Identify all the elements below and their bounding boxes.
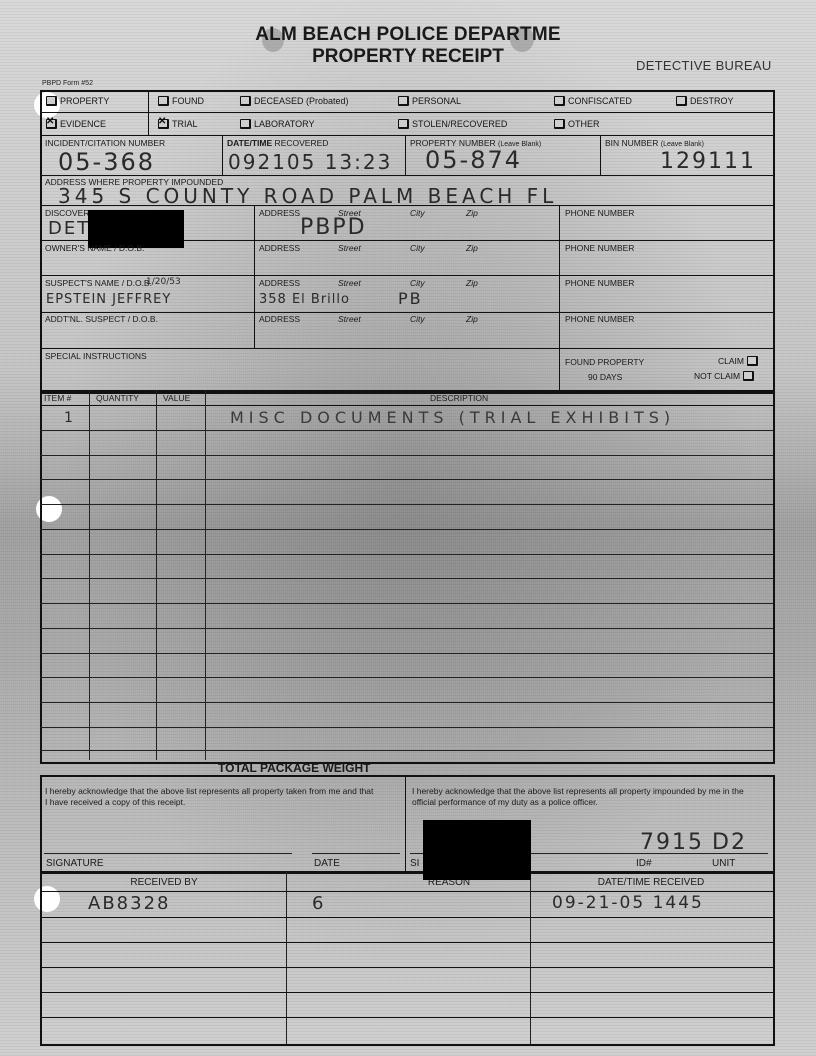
column-divider xyxy=(205,390,206,760)
signature-line xyxy=(44,853,292,854)
row-divider xyxy=(40,430,773,431)
row-divider xyxy=(40,992,773,993)
checkbox-label: NOT CLAIM xyxy=(694,371,740,381)
street-label: Street xyxy=(338,278,361,288)
owner-label: OWNER'S NAME / D.O.B. xyxy=(45,243,144,253)
total-package-weight-label: TOTAL PACKAGE WEIGHT xyxy=(218,761,370,775)
row-divider xyxy=(40,967,773,968)
phone-label: PHONE NUMBER xyxy=(565,278,634,288)
datetime-recovered-label: DATE/TIME RECOVERED xyxy=(227,138,328,148)
row-divider xyxy=(40,677,773,678)
checkbox-other[interactable]: OTHER xyxy=(554,119,600,129)
checkbox-label: EVIDENCE xyxy=(60,119,106,129)
divider xyxy=(222,135,223,175)
checkbox-confiscated[interactable]: CONFISCATED xyxy=(554,96,632,106)
bin-number-value[interactable]: 129111 xyxy=(660,149,756,174)
date-line xyxy=(312,853,400,854)
checkbox-label: DESTROY xyxy=(690,96,734,106)
checkbox-label: STOLEN/RECOVERED xyxy=(412,119,507,129)
row-divider xyxy=(40,479,773,480)
suspect-address[interactable]: 358 El Brillo xyxy=(259,292,350,307)
divider xyxy=(40,275,773,276)
checkbox-stolen-recovered[interactable]: STOLEN/RECOVERED xyxy=(398,119,507,129)
property-number-value[interactable]: 05-874 xyxy=(425,146,522,174)
zip-label: Zip xyxy=(466,243,478,253)
city-label: City xyxy=(410,314,425,324)
column-divider xyxy=(89,390,90,760)
items-table xyxy=(40,390,775,764)
column-header-quantity: QUANTITY xyxy=(96,393,139,403)
id-label: ID# xyxy=(636,858,652,869)
row-divider xyxy=(40,727,773,728)
found-property-label: FOUND PROPERTY xyxy=(565,357,644,367)
row-divider xyxy=(40,628,773,629)
address-label: ADDRESS xyxy=(259,278,300,288)
datetime-received-value[interactable]: 09-21-05 1445 xyxy=(552,893,704,913)
column-divider xyxy=(530,872,531,1044)
divider xyxy=(40,205,773,206)
label-rest: RECOVERED xyxy=(272,138,328,148)
checkbox-label: PERSONAL xyxy=(412,96,461,106)
divider xyxy=(600,135,601,175)
phone-label: PHONE NUMBER xyxy=(565,314,634,324)
checkbox-label: LABORATORY xyxy=(254,119,315,129)
row-divider xyxy=(40,554,773,555)
divider xyxy=(405,775,406,871)
divider xyxy=(40,348,773,349)
discoverer-label: DISCOVER xyxy=(45,208,89,218)
label-hint: (Leave Blank) xyxy=(661,141,704,148)
suspect-name[interactable]: EPSTEIN JEFFREY xyxy=(46,292,171,307)
column-divider xyxy=(286,872,287,1044)
column-header-description: DESCRIPTION xyxy=(430,393,488,403)
incident-number-value[interactable]: 05-368 xyxy=(58,148,155,176)
row-divider xyxy=(40,653,773,654)
phone-label: PHONE NUMBER xyxy=(565,208,634,218)
checkbox-evidence[interactable]: EVIDENCE xyxy=(46,119,106,129)
signature-label: SIGNATURE xyxy=(46,858,104,869)
bin-number-label: BIN NUMBER (Leave Blank) xyxy=(605,138,704,148)
divider xyxy=(40,405,773,406)
checkbox-icon xyxy=(747,356,758,366)
item-1-description[interactable]: MISC DOCUMENTS (TRIAL EXHIBITS) xyxy=(230,408,675,427)
checkbox-found[interactable]: FOUND xyxy=(158,96,204,106)
suspect-city[interactable]: PB xyxy=(398,289,423,308)
incident-number-label: INCIDENT/CITATION NUMBER xyxy=(45,138,165,148)
checkmark-icon xyxy=(46,119,57,129)
redaction-block xyxy=(423,860,531,880)
row-divider xyxy=(40,529,773,530)
checkbox-icon xyxy=(158,96,169,106)
address-label: ADDRESS xyxy=(259,208,300,218)
city-label: City xyxy=(410,243,425,253)
form-number: PBPD Form #52 xyxy=(42,80,93,87)
row-divider xyxy=(40,578,773,579)
checkbox-icon xyxy=(240,119,251,129)
discoverer-name[interactable]: DET xyxy=(48,218,90,239)
checkbox-icon xyxy=(46,96,57,106)
checkbox-label: CLAIM xyxy=(718,356,744,366)
address-label: ADDRESS xyxy=(259,314,300,324)
label-main: BIN NUMBER xyxy=(605,138,658,148)
checkmark-icon xyxy=(158,119,169,129)
checkbox-label: OTHER xyxy=(568,119,600,129)
street-label: Street xyxy=(338,314,361,324)
address-label: ADDRESS xyxy=(259,243,300,253)
checkbox-not-claim[interactable]: NOT CLAIM xyxy=(694,371,754,381)
checkbox-label: PROPERTY xyxy=(60,96,109,106)
checkbox-icon xyxy=(554,119,565,129)
checkbox-label: DECEASED (Probated) xyxy=(254,96,349,106)
column-header-datetime-received: DATE/TIME RECEIVED xyxy=(532,877,770,888)
zip-label: Zip xyxy=(466,278,478,288)
row-divider xyxy=(40,891,773,892)
bureau-label: DETECTIVE BUREAU xyxy=(636,58,772,73)
checkbox-icon xyxy=(398,96,409,106)
checkbox-icon xyxy=(554,96,565,106)
column-divider xyxy=(156,390,157,760)
divider xyxy=(40,112,773,113)
officer-unit-value[interactable]: D2 xyxy=(712,830,747,855)
checkbox-laboratory[interactable]: LABORATORY xyxy=(240,119,315,129)
suspect-dob[interactable]: 1/20/53 xyxy=(146,277,181,287)
checkbox-icon xyxy=(240,96,251,106)
column-header-received-by: RECEIVED BY xyxy=(42,877,286,888)
department-title: ALM BEACH POLICE DEPARTME xyxy=(0,24,816,46)
checkbox-personal[interactable]: PERSONAL xyxy=(398,96,461,106)
checkbox-label: TRIAL xyxy=(172,119,198,129)
divider xyxy=(148,90,149,135)
checkbox-deceased[interactable]: DECEASED (Probated) xyxy=(240,96,349,106)
row-divider xyxy=(40,504,773,505)
divider xyxy=(405,135,406,175)
row-divider xyxy=(40,455,773,456)
zip-label: Zip xyxy=(466,314,478,324)
owner-acknowledgment-text: I hereby acknowledge that the above list… xyxy=(45,786,375,808)
divider xyxy=(254,205,255,348)
additional-suspect-label: ADDT'NL. SUSPECT / D.O.B. xyxy=(45,314,158,324)
row-divider xyxy=(40,917,773,918)
special-instructions-label: SPECIAL INSTRUCTIONS xyxy=(45,351,147,361)
row-divider xyxy=(40,750,773,751)
divider xyxy=(40,135,773,136)
phone-label: PHONE NUMBER xyxy=(565,243,634,253)
checkbox-label: CONFISCATED xyxy=(568,96,632,106)
received-by-value[interactable]: AB8328 xyxy=(88,893,170,914)
row-divider xyxy=(40,1017,773,1018)
discoverer-address[interactable]: PBPD xyxy=(300,215,367,240)
checkbox-icon xyxy=(743,371,754,381)
row-divider xyxy=(40,942,773,943)
reason-value[interactable]: 6 xyxy=(312,893,325,914)
row-divider xyxy=(40,603,773,604)
unit-label: UNIT xyxy=(712,858,735,869)
divider xyxy=(559,205,560,390)
label-bold: DATE/TIME xyxy=(227,138,272,148)
officer-acknowledgment-text: I hereby acknowledge that the above list… xyxy=(412,786,762,808)
zip-label: Zip xyxy=(466,208,478,218)
date-label: DATE xyxy=(314,858,340,869)
suspect-label: SUSPECT'S NAME / D.O.B. xyxy=(45,278,152,288)
checkbox-property[interactable]: PROPERTY xyxy=(46,96,109,106)
row-divider xyxy=(40,702,773,703)
city-label: City xyxy=(410,208,425,218)
officer-signature-label: SI xyxy=(410,858,419,869)
checkbox-icon xyxy=(676,96,687,106)
checkbox-icon xyxy=(398,119,409,129)
ninety-days-label: 90 DAYS xyxy=(588,372,622,382)
column-header-item: ITEM # xyxy=(44,393,71,403)
officer-id-value[interactable]: 7915 xyxy=(640,830,704,855)
street-label: Street xyxy=(338,243,361,253)
checkbox-destroy[interactable]: DESTROY xyxy=(676,96,734,106)
checkbox-label: FOUND xyxy=(172,96,204,106)
datetime-recovered-value[interactable]: 092105 13:23 xyxy=(228,150,392,174)
item-1-number[interactable]: 1 xyxy=(64,410,75,426)
city-label: City xyxy=(410,278,425,288)
column-header-value: VALUE xyxy=(163,393,190,403)
divider xyxy=(40,312,773,313)
checkbox-claim[interactable]: CLAIM xyxy=(718,356,758,366)
checkbox-trial[interactable]: TRIAL xyxy=(158,119,198,129)
